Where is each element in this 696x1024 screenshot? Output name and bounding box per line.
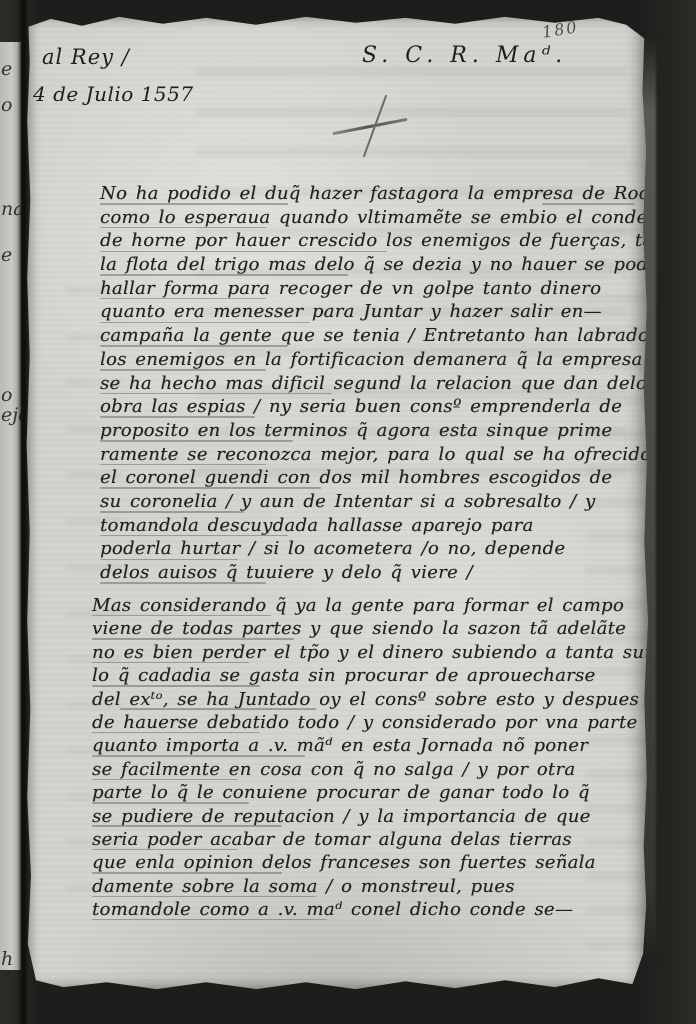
text-line-content: quanto importa a .v. mãᵈ en esta Jornada… xyxy=(92,735,588,756)
text-line: obra las espias / ny seria buen consº em… xyxy=(100,396,652,420)
facing-page-text-fragment: h xyxy=(1,948,13,970)
text-line: lo q̃ cadadia se gasta sin procurar de a… xyxy=(92,665,652,688)
text-line-content: campaña la gente que se tenia / Entretan… xyxy=(100,325,649,346)
facing-page-text-fragment: e xyxy=(1,244,12,266)
facing-page-text-fragment: o xyxy=(1,384,12,406)
underline-mark xyxy=(100,345,288,347)
underline-mark xyxy=(100,535,288,537)
text-line: delos auisos q̃ tuuiere y delo q̃ viere … xyxy=(100,562,652,586)
paragraph-2: Mas considerando q̃ ya la gente para for… xyxy=(92,595,652,922)
salutation: S. C. R. Maᵈ. xyxy=(362,43,567,68)
manuscript-page: 180 al Rey / 4 de Julio 1557 S. C. R. Ma… xyxy=(26,13,648,993)
underline-mark xyxy=(100,487,321,489)
underline-mark xyxy=(92,685,260,687)
paragraph-1: No ha podido el duq̃ hazer fastagora la … xyxy=(100,183,652,586)
text-line-content: viene de todas partes y que siendo la sa… xyxy=(92,618,626,639)
underline-mark xyxy=(92,802,249,804)
text-line: que enla opinion delos franceses son fue… xyxy=(92,852,652,875)
text-line: del exᵗᵒ, se ha Juntado oy el consº sobr… xyxy=(92,689,652,712)
underline-mark xyxy=(100,511,244,513)
text-line: la flota del trigo mas delo q̃ se dezia … xyxy=(100,254,652,278)
text-line: campaña la gente que se tenia / Entretan… xyxy=(100,325,652,349)
text-line-content: poderla hurtar / si lo acometera /o no, … xyxy=(100,538,565,559)
underline-mark xyxy=(100,416,255,418)
text-line-content: delos auisos q̃ tuuiere y delo q̃ viere … xyxy=(100,562,473,583)
date-note: 4 de Julio 1557 xyxy=(33,82,194,106)
text-line-content: damente sobre la soma / o monstreul, pue… xyxy=(92,876,515,897)
text-line-content: tomandole como a .v. maᵈ conel dicho con… xyxy=(92,899,573,920)
underline-mark xyxy=(92,732,260,734)
text-line-content: de horne por hauer crescido los enemigos… xyxy=(100,230,696,251)
text-line: de hauerse debatido todo / y considerado… xyxy=(92,712,652,735)
text-line: proposito en los terminos q̃ agora esta … xyxy=(100,420,652,444)
text-line-content: del exᵗᵒ, se ha Juntado oy el consº sobr… xyxy=(92,689,639,710)
text-line-content: obra las espias / ny seria buen consº em… xyxy=(100,396,622,417)
underline-mark xyxy=(92,872,282,874)
underline-mark xyxy=(100,440,293,442)
text-line: de horne por hauer crescido los enemigos… xyxy=(100,230,652,254)
text-line: ramente se reconozca mejor, para lo qual… xyxy=(100,444,652,468)
underline-mark xyxy=(100,298,266,300)
text-line: los enemigos en la fortificacion demaner… xyxy=(100,349,652,373)
text-line: se pudiere de reputacion / y la importan… xyxy=(92,806,652,829)
text-line-content: como lo esperaua quando vltimamẽte se em… xyxy=(100,207,647,228)
underline-mark xyxy=(100,369,266,371)
text-line: seria poder acabar de tomar alguna delas… xyxy=(92,829,652,852)
text-line: quanto importa a .v. mãᵈ en esta Jornada… xyxy=(92,735,652,758)
text-line-content: se pudiere de reputacion / y la importan… xyxy=(92,806,591,827)
underline-mark xyxy=(92,919,327,921)
text-line-content: no es bien perder el tp̃o y el dinero su… xyxy=(92,642,673,663)
cross-mark xyxy=(326,91,430,165)
folio-number: 180 xyxy=(541,17,580,41)
text-line: se facilmente en cosa con q̃ no salga / … xyxy=(92,759,652,782)
underline-mark xyxy=(100,203,288,205)
underline-mark xyxy=(100,464,266,466)
underline-mark xyxy=(100,582,266,584)
underline-mark xyxy=(120,708,316,710)
text-line: viene de todas partes y que siendo la sa… xyxy=(92,618,652,641)
text-line-content: de hauerse debatido todo / y considerado… xyxy=(92,712,637,733)
text-line: el coronel guendi con dos mil hombres es… xyxy=(100,467,652,491)
underline-mark xyxy=(100,322,310,324)
text-line-content: proposito en los terminos q̃ agora esta … xyxy=(100,420,612,441)
text-line: tomandola descuydada hallasse aparejo pa… xyxy=(100,515,652,539)
text-line-content: se ha hecho mas dificil segund la relaci… xyxy=(100,373,647,394)
text-line: damente sobre la soma / o monstreul, pue… xyxy=(92,876,652,899)
text-line-content: tomandola descuydada hallasse aparejo pa… xyxy=(100,515,534,536)
underline-mark xyxy=(92,849,238,851)
text-line: Mas considerando q̃ ya la gente para for… xyxy=(92,595,652,618)
text-line: parte lo q̃ le conuiene procurar de gana… xyxy=(92,782,652,805)
text-line: poderla hurtar / si lo acometera /o no, … xyxy=(100,538,652,562)
underline-mark xyxy=(92,779,238,781)
facing-page-text-fragment: e xyxy=(1,58,12,80)
text-line: quanto era menesser para Juntar y hazer … xyxy=(100,301,652,325)
underline-mark xyxy=(100,393,332,395)
text-line-content: parte lo q̃ le conuiene procurar de gana… xyxy=(92,782,590,803)
text-line-content: que enla opinion delos franceses son fue… xyxy=(92,852,596,873)
text-line: No ha podido el duq̃ hazer fastagora la … xyxy=(100,183,652,207)
underline-mark xyxy=(100,227,266,229)
text-line: hallar forma para recoger de vn golpe ta… xyxy=(100,278,652,302)
text-line-content: Mas considerando q̃ ya la gente para for… xyxy=(92,595,624,616)
text-line-content: la flota del trigo mas delo q̃ se dezia … xyxy=(100,254,677,275)
address-note: al Rey / xyxy=(42,45,130,69)
text-line: como lo esperaua quando vltimamẽte se em… xyxy=(100,207,652,231)
underline-mark xyxy=(92,825,282,827)
text-line-content: hallar forma para recoger de vn golpe ta… xyxy=(100,278,601,299)
underline-mark xyxy=(542,203,636,205)
text-line: se ha hecho mas dificil segund la relaci… xyxy=(100,373,652,397)
cross-mark-stroke xyxy=(332,118,407,135)
text-line-content: su coronelia / y aun de Intentar si a so… xyxy=(100,491,595,512)
underline-mark xyxy=(92,896,316,898)
text-line: tomandole como a .v. maᵈ conel dicho con… xyxy=(92,899,652,922)
text-line-content: los enemigos en la fortificacion demaner… xyxy=(100,349,643,370)
underline-mark xyxy=(92,662,249,664)
text-line-content: se facilmente en cosa con q̃ no salga / … xyxy=(92,759,575,780)
text-line-content: quanto era menesser para Juntar y hazer … xyxy=(100,301,602,322)
text-line-content: lo q̃ cadadia se gasta sin procurar de a… xyxy=(92,665,596,686)
manuscript-scan: eonareoejohb 180 al Rey / 4 de Julio 155… xyxy=(0,0,696,1024)
text-line-content: el coronel guendi con dos mil hombres es… xyxy=(100,467,612,488)
underline-mark xyxy=(100,559,238,561)
text-line-content: No ha podido el duq̃ hazer fastagora la … xyxy=(100,183,680,204)
text-line-content: seria poder acabar de tomar alguna delas… xyxy=(92,829,572,850)
facing-page-text-fragment: o xyxy=(1,94,12,116)
underline-mark xyxy=(100,274,348,276)
underline-mark xyxy=(92,615,271,617)
text-line: no es bien perder el tp̃o y el dinero su… xyxy=(92,642,652,665)
underline-mark xyxy=(100,251,387,253)
underline-mark xyxy=(92,755,305,757)
underline-mark xyxy=(92,638,294,640)
text-line-content: ramente se reconozca mejor, para lo qual… xyxy=(100,444,651,465)
text-line: su coronelia / y aun de Intentar si a so… xyxy=(100,491,652,515)
